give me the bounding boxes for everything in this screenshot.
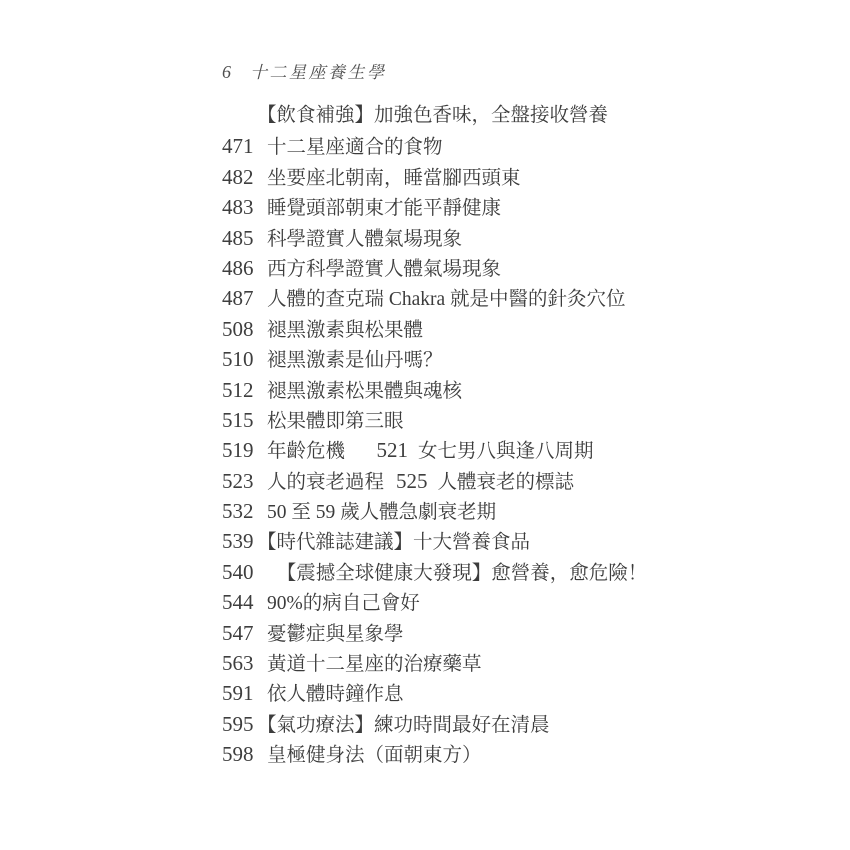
toc-page-number: 508 [222, 314, 267, 344]
toc-row: 53250 至 59 歲人體急劇衰老期 [222, 496, 782, 526]
toc-row: 471十二星座適合的食物 [222, 131, 782, 161]
toc-entry-title: 褪黑激素松果體與魂核 [267, 381, 462, 402]
toc-entry-title: 依人體時鐘作息 [267, 684, 404, 705]
toc-row: 539【時代雜誌建議】十大營養食品 [222, 526, 782, 556]
toc-row: 563黃道十二星座的治療藥草 [222, 648, 782, 678]
toc-entry-title: 科學證實人體氣場現象 [267, 229, 462, 250]
toc-entry-title: 黃道十二星座的治療藥草 [267, 654, 482, 675]
toc-page-number: 510 [222, 344, 267, 374]
toc-entry-title: 【震撼全球健康大發現】愈營養，愈危險！ [267, 563, 647, 584]
toc-row: 595【氣功療法】練功時間最好在清晨 [222, 709, 782, 739]
book-page: 6 十二星座養生學 【飲食補強】加強色香味，全盤接收營養471十二星座適合的食物… [0, 0, 850, 850]
running-header: 6 十二星座養生學 [222, 58, 387, 83]
toc-page-number: 519 [222, 435, 267, 465]
toc-row: 485科學證實人體氣場現象 [222, 223, 782, 253]
toc-page-number: 523 [222, 466, 267, 496]
toc-entry-title: 年齡危機 [267, 441, 365, 462]
toc-page-number: 598 [222, 739, 267, 769]
toc-page-number: 525 [396, 466, 428, 496]
toc-entry-title: 十二星座適合的食物 [267, 137, 443, 158]
toc-page-number: 486 [222, 253, 267, 283]
toc-row: 483睡覺頭部朝東才能平靜健康 [222, 192, 782, 222]
toc-page-number: 547 [222, 618, 267, 648]
toc-entry-title: 50 至 59 歲人體急劇衰老期 [267, 502, 496, 523]
toc-page-number: 540 [222, 557, 267, 587]
toc-page-number: 532 [222, 496, 267, 526]
toc-entry-title: 【時代雜誌建議】十大營養食品 [257, 532, 530, 553]
toc-row: 523人的衰老過程525人體衰老的標誌 [222, 466, 782, 496]
toc-entry-title: 西方科學證實人體氣場現象 [267, 259, 501, 280]
toc-row: 510褪黑激素是仙丹嗎？ [222, 344, 782, 374]
page-number: 6 [222, 62, 231, 83]
toc-row: 508褪黑激素與松果體 [222, 314, 782, 344]
toc-entry-title: 人的衰老過程 [267, 472, 384, 493]
toc-page-number: 485 [222, 223, 267, 253]
toc-page-number: 544 [222, 587, 267, 617]
toc-row: 519年齡危機 521女七男八與逢八周期 [222, 435, 782, 465]
toc-entry-title: 褪黑激素與松果體 [267, 320, 423, 341]
toc-page-number: 563 [222, 648, 267, 678]
toc-entry-title: 女七男八與逢八周期 [418, 441, 594, 462]
toc-page-number: 521 [377, 435, 409, 465]
toc-row: 【飲食補強】加強色香味，全盤接收營養 [222, 101, 782, 131]
toc-row: 515松果體即第三眼 [222, 405, 782, 435]
toc-row: 486西方科學證實人體氣場現象 [222, 253, 782, 283]
toc-row: 598皇極健身法（面朝東方） [222, 739, 782, 769]
toc-row: 54490%的病自己會好 [222, 587, 782, 617]
toc-row: 512褪黑激素松果體與魂核 [222, 375, 782, 405]
toc-page-number: 515 [222, 405, 267, 435]
toc-page-number: 487 [222, 283, 267, 313]
toc-row: 487人體的查克瑞 Chakra 就是中醫的針灸穴位 [222, 283, 782, 313]
toc-row: 591依人體時鐘作息 [222, 678, 782, 708]
toc-page-number: 512 [222, 375, 267, 405]
toc-entry-title: 憂鬱症與星象學 [267, 624, 404, 645]
toc-page-number: 591 [222, 678, 267, 708]
toc-entry-title: 90%的病自己會好 [267, 593, 420, 614]
toc-page-number: 483 [222, 192, 267, 222]
toc-entry-title: 坐要座北朝南，睡當腳西頭東 [267, 168, 521, 189]
toc-entry-title: 褪黑激素是仙丹嗎？ [267, 350, 443, 371]
toc-entry-title: 睡覺頭部朝東才能平靜健康 [267, 198, 501, 219]
toc-row: 540 【震撼全球健康大發現】愈營養，愈危險！ [222, 557, 782, 587]
toc-entry-title: 【氣功療法】練功時間最好在清晨 [257, 715, 550, 736]
toc-entry-title: 人體的查克瑞 Chakra 就是中醫的針灸穴位 [267, 289, 626, 310]
book-title: 十二星座養生學 [250, 58, 387, 83]
toc-entry-title: 【飲食補強】加強色香味，全盤接收營養 [257, 105, 608, 126]
toc-row: 547憂鬱症與星象學 [222, 618, 782, 648]
toc-page-number: 471 [222, 131, 267, 161]
toc-entry-title: 皇極健身法（面朝東方） [267, 745, 482, 766]
toc-row: 482坐要座北朝南，睡當腳西頭東 [222, 162, 782, 192]
toc: 【飲食補強】加強色香味，全盤接收營養471十二星座適合的食物482坐要座北朝南，… [222, 101, 782, 770]
toc-entry-title: 松果體即第三眼 [267, 411, 404, 432]
toc-page-number: 482 [222, 162, 267, 192]
toc-entry-title: 人體衰老的標誌 [438, 472, 575, 493]
